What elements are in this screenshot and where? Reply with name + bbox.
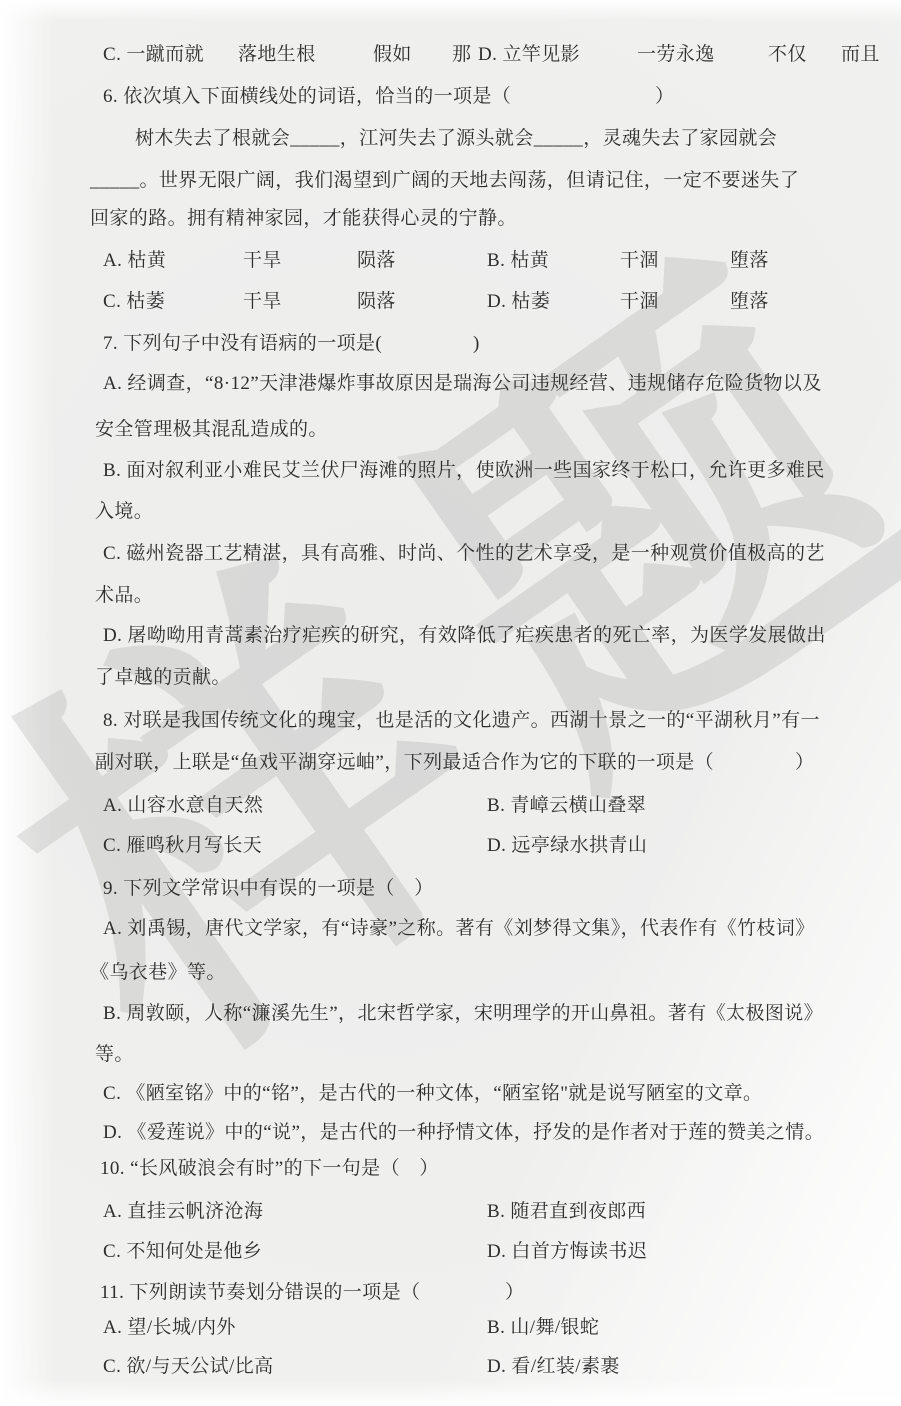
q6-passage-1: 树木失去了根就会_____，江河失去了源头就会_____，灵魂失去了家园就会 bbox=[135, 126, 777, 152]
q6-options-cd-seg4: D. 枯萎 bbox=[487, 289, 550, 315]
q7-option-c-1: C. 磁州瓷器工艺精湛，具有高雅、时尚、个性的艺术享受，是一种观赏价值极高的艺 bbox=[103, 541, 825, 567]
q7-option-c-2: 术品。 bbox=[95, 583, 153, 609]
q9-option-a-2: 《乌衣巷》等。 bbox=[90, 960, 226, 986]
q8-stem-1: 8. 对联是我国传统文化的瑰宝，也是活的文化遗产。西湖十景之一的“平湖秋月”有一 bbox=[103, 708, 820, 734]
q8-options-ab-seg2: B. 青嶂云横山叠翠 bbox=[487, 793, 646, 819]
q6-options-ab-seg3: 陨落 bbox=[357, 248, 396, 274]
q7-option-b-2: 入境。 bbox=[95, 499, 153, 525]
q6-stem-seg1: 6. 依次填入下面横线处的词语，恰当的一项是（ bbox=[103, 84, 511, 110]
idioms-row-cd-seg2: 落地生根 bbox=[238, 42, 316, 68]
q6-options-ab-seg1: A. 枯黄 bbox=[103, 248, 166, 274]
q6-options-cd-seg2: 干旱 bbox=[243, 289, 282, 315]
q6-options-ab-seg6: 堕落 bbox=[730, 248, 769, 274]
q10-options-cd-seg2: D. 白首方悔读书迟 bbox=[487, 1239, 647, 1265]
q6-passage-3: 回家的路。拥有精神家园，才能获得心灵的宁静。 bbox=[90, 206, 517, 232]
q9-option-d: D. 《爱莲说》中的“说”，是古代的一种抒情文体，抒发的是作者对于莲的赞美之情。 bbox=[103, 1120, 824, 1146]
idioms-row-cd-seg3: 假如 bbox=[373, 42, 412, 68]
q6-options-ab-seg5: 干涸 bbox=[620, 248, 659, 274]
q10-options-ab-seg1: A. 直挂云帆济沧海 bbox=[103, 1199, 263, 1225]
q9-option-c: C. 《陋室铭》中的“铭”，是古代的一种文体，“陋室铭"就是说写陋室的文章。 bbox=[103, 1081, 762, 1107]
q10-options-ab-seg2: B. 随君直到夜郎西 bbox=[487, 1199, 646, 1225]
idioms-row-cd-seg7: 不仅 bbox=[768, 42, 807, 68]
idioms-row-cd-seg1: C. 一蹴而就 bbox=[103, 42, 204, 68]
q10-options-cd-seg1: C. 不知何处是他乡 bbox=[103, 1239, 262, 1265]
q6-passage-2: _____。世界无限广阔，我们渴望到广阔的天地去闯荡，但请记住，一定不要迷失了 bbox=[90, 168, 799, 194]
q8-options-ab-seg1: A. 山容水意自天然 bbox=[103, 793, 263, 819]
q11-stem-seg2: ） bbox=[505, 1280, 524, 1306]
q9-stem: 9. 下列文学常识中有误的一项是（ ） bbox=[103, 876, 434, 902]
idioms-row-cd-seg6: 一劳永逸 bbox=[637, 42, 715, 68]
q11-options-ab-seg2: B. 山/舞/银蛇 bbox=[487, 1315, 599, 1341]
idioms-row-cd-seg8: 而且 bbox=[841, 42, 880, 68]
q7-option-d-2: 了卓越的贡献。 bbox=[95, 665, 231, 691]
q11-options-cd-seg2: D. 看/红装/素裹 bbox=[487, 1354, 620, 1380]
q6-stem-seg2: ） bbox=[655, 84, 674, 110]
q6-options-cd-seg5: 干涸 bbox=[620, 289, 659, 315]
q9-option-b-1: B. 周敦颐，人称“濂溪先生”，北宋哲学家，宋明理学的开山鼻祖。著有《太极图说》 bbox=[103, 1001, 823, 1027]
q8-options-cd-seg1: C. 雁鸣秋月写长天 bbox=[103, 833, 262, 859]
q7-option-a-2: 安全管理极其混乱造成的。 bbox=[95, 417, 328, 443]
q11-options-cd-seg1: C. 欲/与天公试/比高 bbox=[103, 1354, 274, 1380]
q7-option-b-1: B. 面对叙利亚小难民艾兰伏尸海滩的照片，使欧洲一些国家终于松口，允许更多难民 bbox=[103, 458, 825, 484]
q10-stem: 10. “长风破浪会有时”的下一句是（ ） bbox=[100, 1156, 439, 1182]
idioms-row-cd-seg4: 那 bbox=[452, 42, 471, 68]
q7-option-d-1: D. 屠呦呦用青蒿素治疗疟疾的研究，有效降低了疟疾患者的死亡率，为医学发展做出 bbox=[103, 623, 826, 649]
q7-stem-seg2: ) bbox=[473, 331, 480, 357]
q6-options-ab-seg2: 干旱 bbox=[243, 248, 282, 274]
q7-option-a-1: A. 经调查，“8·12”天津港爆炸事故原因是瑞海公司违规经营、违规储存危险货物… bbox=[103, 371, 822, 397]
q8-options-cd-seg2: D. 远亭绿水拱青山 bbox=[487, 833, 647, 859]
q6-options-ab-seg4: B. 枯黄 bbox=[487, 248, 549, 274]
exam-paper-page: 样 题 C. 一蹴而就落地生根假如那D. 立竿见影一劳永逸不仅而且6. 依次填入… bbox=[0, 0, 901, 1406]
q6-options-cd-seg1: C. 枯萎 bbox=[103, 289, 165, 315]
q8-stem-2-seg2: ） bbox=[795, 750, 814, 776]
exam-text-content: C. 一蹴而就落地生根假如那D. 立竿见影一劳永逸不仅而且6. 依次填入下面横线… bbox=[0, 0, 901, 1406]
q6-options-cd-seg3: 陨落 bbox=[357, 289, 396, 315]
q9-option-b-2: 等。 bbox=[95, 1042, 134, 1068]
q7-stem-seg1: 7. 下列句子中没有语病的一项是( bbox=[103, 331, 382, 357]
q11-stem-seg1: 11. 下列朗读节奏划分错误的一项是（ bbox=[100, 1280, 420, 1306]
q6-options-cd-seg6: 堕落 bbox=[730, 289, 769, 315]
q8-stem-2-seg1: 副对联，上联是“鱼戏平湖穿远岫”，下列最适合作为它的下联的一项是（ bbox=[95, 750, 714, 776]
q9-option-a-1: A. 刘禹锡，唐代文学家，有“诗豪”之称。著有《刘梦得文集》，代表作有《竹枝词》 bbox=[103, 916, 815, 942]
q11-options-ab-seg1: A. 望/长城/内外 bbox=[103, 1315, 236, 1341]
idioms-row-cd-seg5: D. 立竿见影 bbox=[478, 42, 580, 68]
